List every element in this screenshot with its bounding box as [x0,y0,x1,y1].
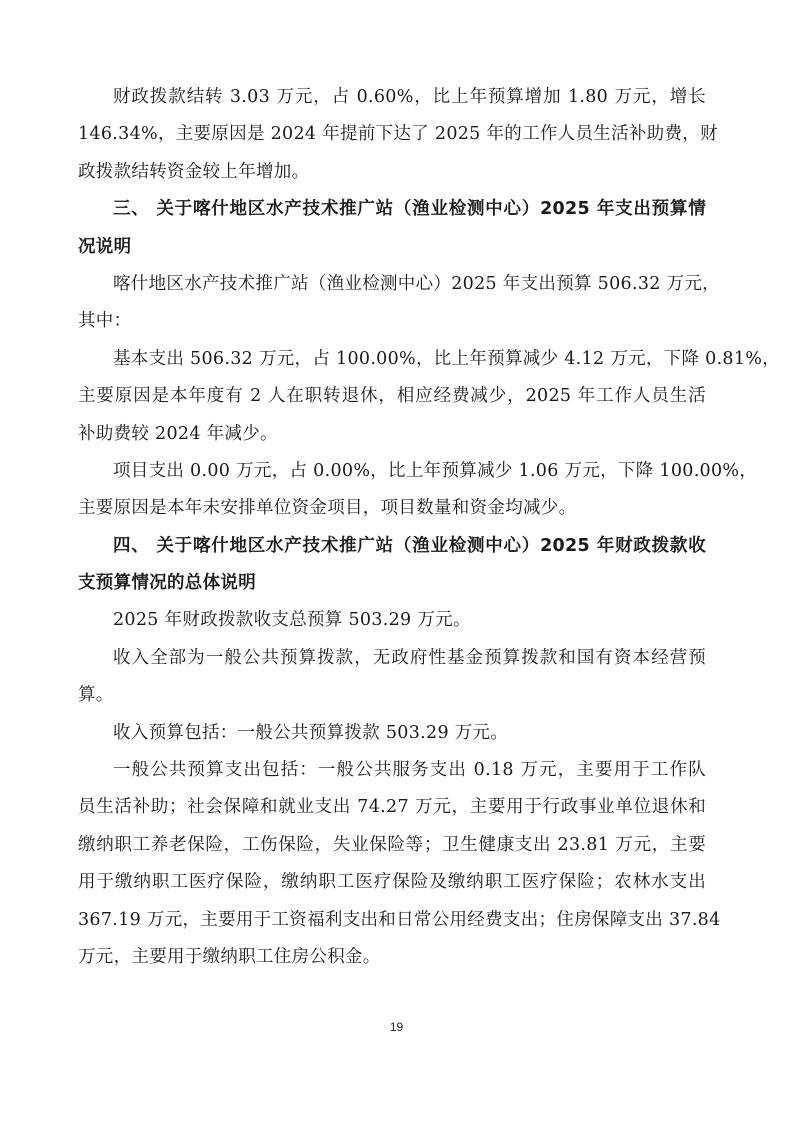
paragraph-public-expenditure: 一般公共预算支出包括：一般公共服务支出 0.18 万元，主要用于工作队 员生活补… [78,752,706,976]
text-line: 主要原因是本年未安排单位资金项目，项目数量和资金均减少。 [78,490,706,527]
paragraph-income-source: 收入全部为一般公共预算拨款，无政府性基金预算拨款和国有资本经营预 算。 [78,640,706,715]
paragraph-income-budget: 收入预算包括：一般公共预算拨款 503.29 万元。 [78,715,706,752]
text-line: 其中： [78,303,706,340]
text-line: 算。 [78,677,706,714]
heading-line: 四、 关于喀什地区水产技术推广站（渔业检测中心）2025 年财政拨款收 [78,528,706,565]
text-line: 财政拨款结转 3.03 万元，占 0.60%，比上年预算增加 1.80 万元，增… [78,79,706,116]
text-line: 基本支出 506.32 万元，占 100.00%，比上年预算减少 4.12 万元… [78,341,706,378]
text-line: 主要原因是本年度有 2 人在职转退休，相应经费减少，2025 年工作人员生活 [78,378,706,415]
heading-line: 支预算情况的总体说明 [78,565,706,602]
paragraph-fiscal-carryover: 财政拨款结转 3.03 万元，占 0.60%，比上年预算增加 1.80 万元，增… [78,79,706,191]
text-line: 缴纳职工养老保险，工伤保险，失业保险等；卫生健康支出 23.81 万元，主要 [78,827,706,864]
text-line: 员生活补助；社会保障和就业支出 74.27 万元，主要用于行政事业单位退休和 [78,789,706,826]
document-page: 财政拨款结转 3.03 万元，占 0.60%，比上年预算增加 1.80 万元，增… [78,79,706,976]
text-line: 2025 年财政拨款收支总预算 503.29 万元。 [78,602,706,639]
paragraph-basic-expenditure: 基本支出 506.32 万元，占 100.00%，比上年预算减少 4.12 万元… [78,341,706,453]
text-line: 用于缴纳职工医疗保险，缴纳职工医疗保险及缴纳职工医疗保险；农林水支出 [78,864,706,901]
text-line: 收入全部为一般公共预算拨款，无政府性基金预算拨款和国有资本经营预 [78,640,706,677]
heading-line: 况说明 [78,229,706,266]
section-heading-4: 四、 关于喀什地区水产技术推广站（渔业检测中心）2025 年财政拨款收 支预算情… [78,528,706,603]
paragraph-expenditure-total: 喀什地区水产技术推广站（渔业检测中心）2025 年支出预算 506.32 万元，… [78,266,706,341]
text-line: 367.19 万元，主要用于工资福利支出和日常公用经费支出；住房保障支出 37.… [78,902,706,939]
text-line: 万元，主要用于缴纳职工住房公积金。 [78,939,706,976]
text-line: 项目支出 0.00 万元，占 0.00%，比上年预算减少 1.06 万元，下降 … [78,453,706,490]
text-line: 收入预算包括：一般公共预算拨款 503.29 万元。 [78,715,706,752]
text-line: 一般公共预算支出包括：一般公共服务支出 0.18 万元，主要用于工作队 [78,752,706,789]
text-line: 146.34%，主要原因是 2024 年提前下达了 2025 年的工作人员生活补… [78,116,706,153]
paragraph-total-budget: 2025 年财政拨款收支总预算 503.29 万元。 [78,602,706,639]
heading-line: 三、 关于喀什地区水产技术推广站（渔业检测中心）2025 年支出预算情 [78,191,706,228]
section-heading-3: 三、 关于喀什地区水产技术推广站（渔业检测中心）2025 年支出预算情 况说明 [78,191,706,266]
paragraph-project-expenditure: 项目支出 0.00 万元，占 0.00%，比上年预算减少 1.06 万元，下降 … [78,453,706,528]
page-number: 19 [0,1020,793,1034]
text-line: 喀什地区水产技术推广站（渔业检测中心）2025 年支出预算 506.32 万元， [78,266,706,303]
text-line: 补助费较 2024 年减少。 [78,416,706,453]
text-line: 政拨款结转资金较上年增加。 [78,154,706,191]
